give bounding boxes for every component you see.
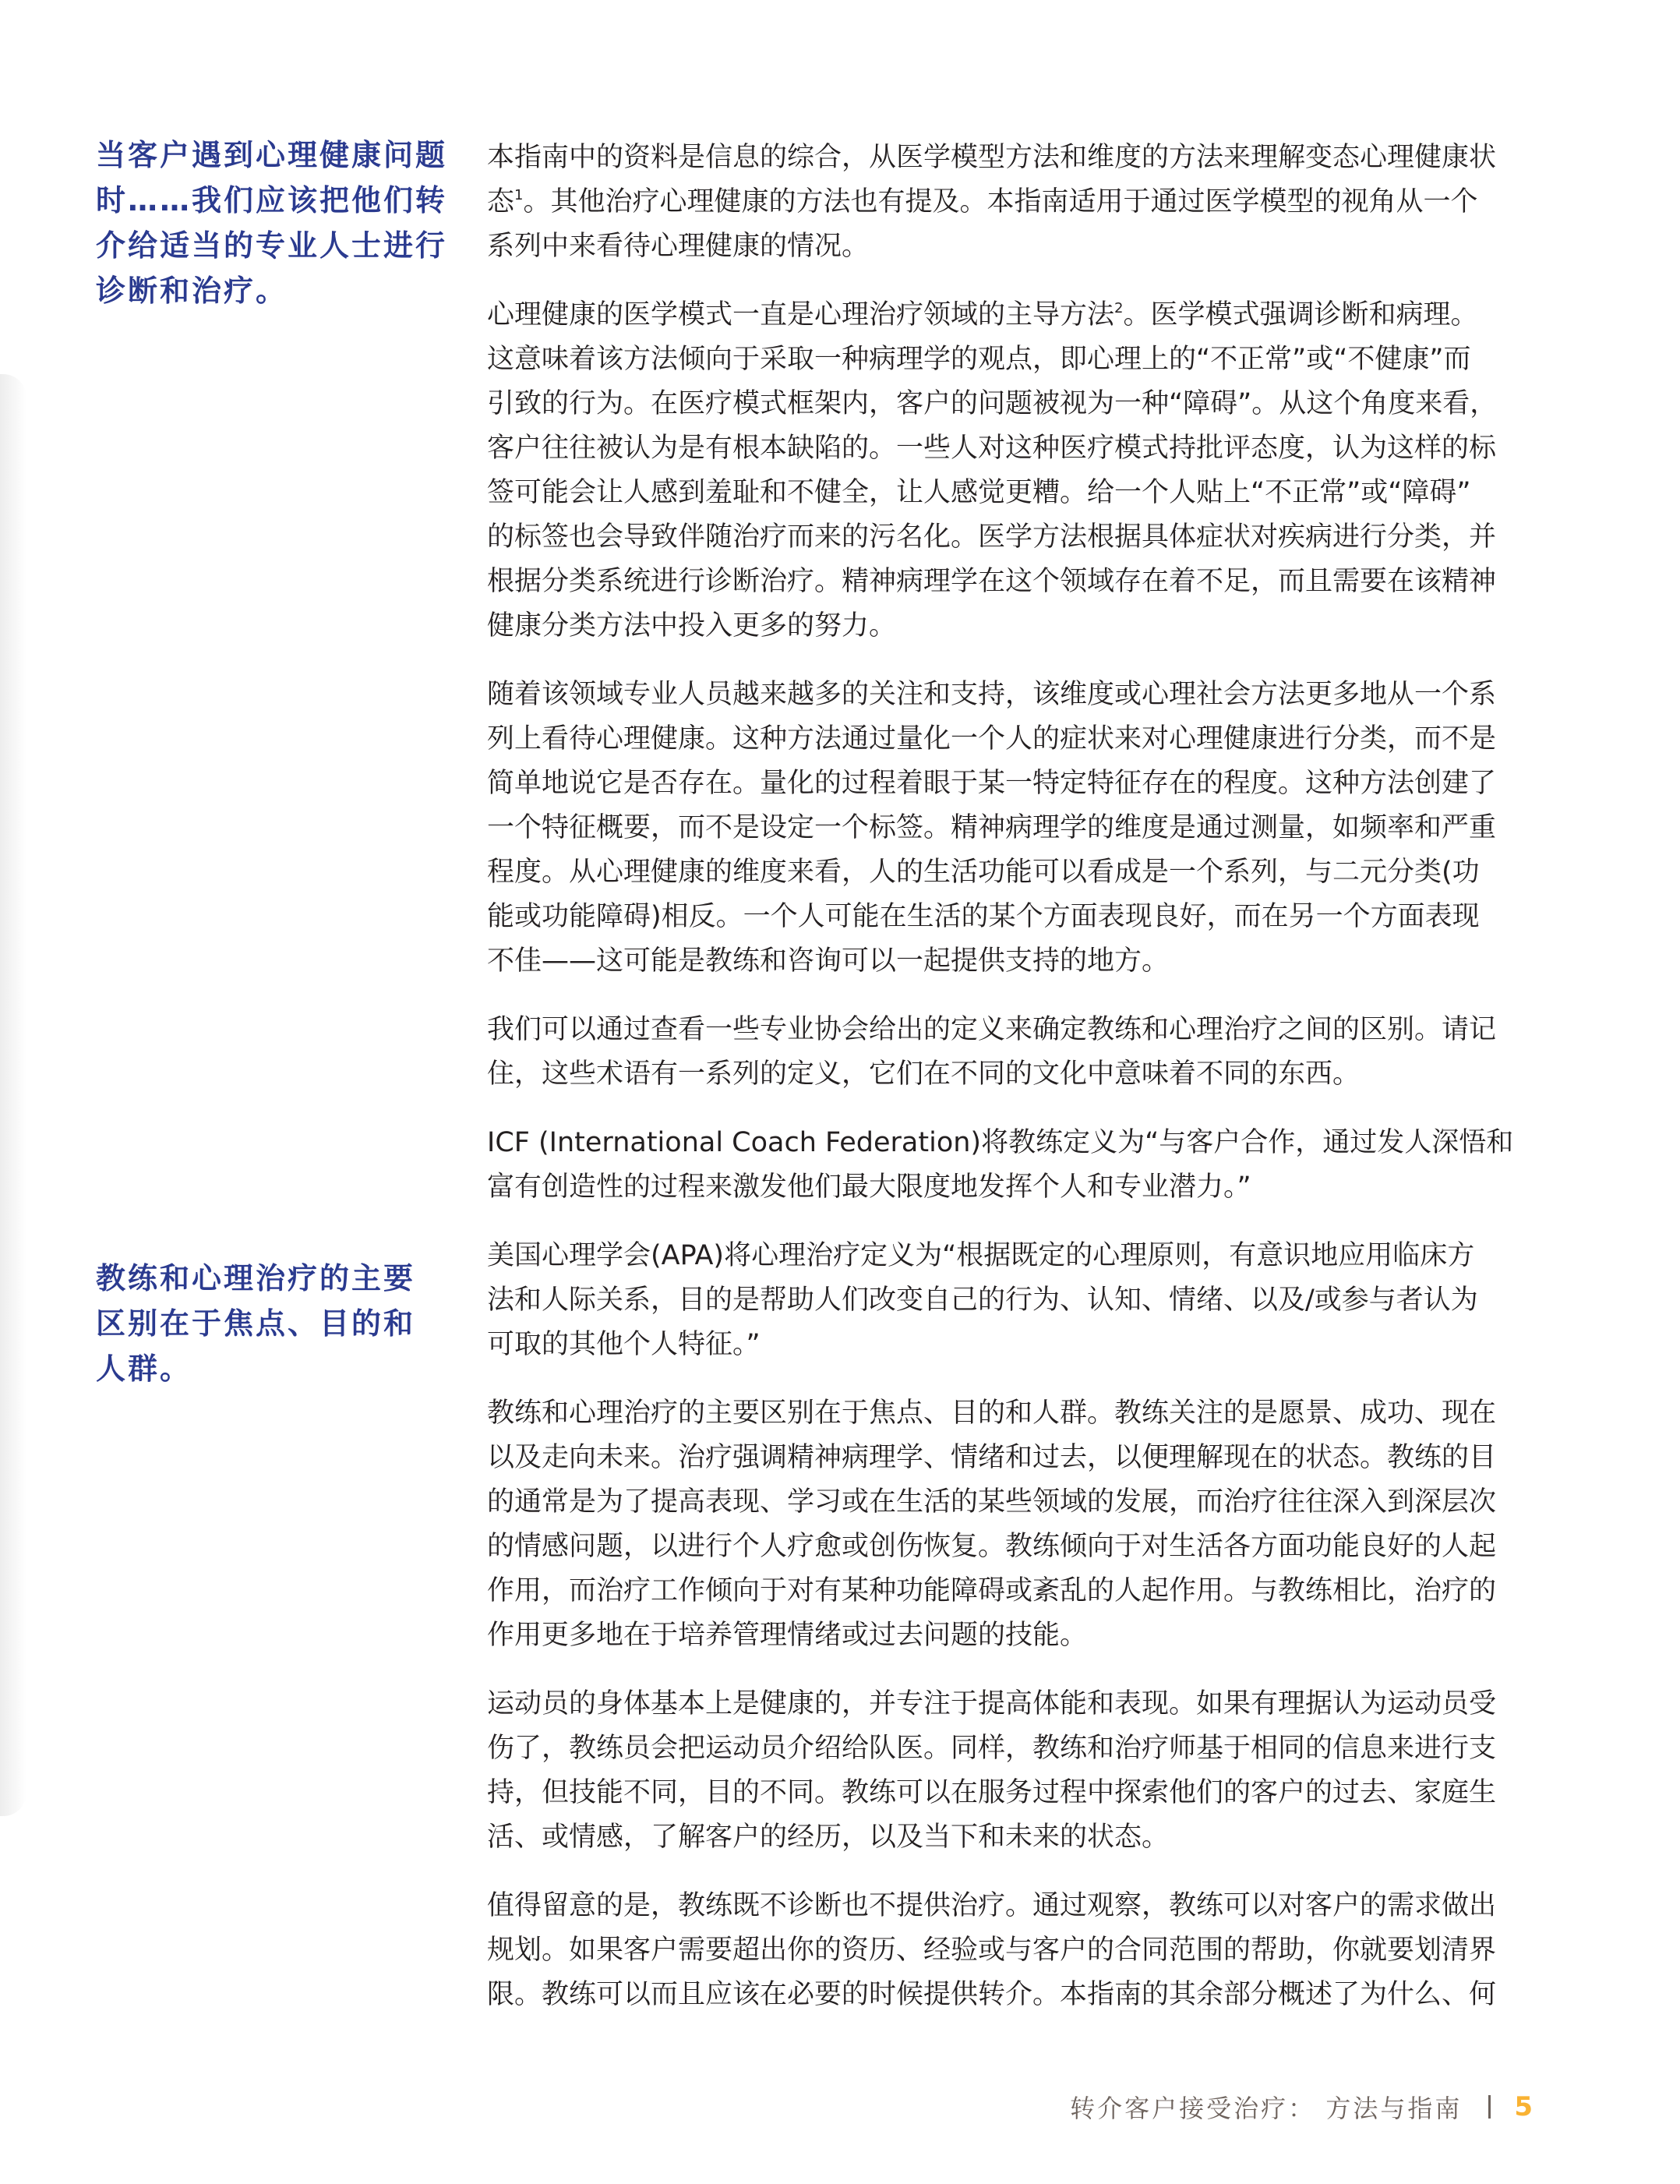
paragraph-intro: 本指南中的资料是信息的综合，从医学模型方法和维度的方法来理解变态心理健康状 态1… <box>487 136 1562 269</box>
text-line: 法和人际关系，目的是帮助人们改变自己的行为、认知、情绪、以及/或参与者认为 <box>487 1278 1562 1323</box>
text-line: 根据分类系统进行诊断治疗。精神病理学在这个领域存在着不足，而且需要在该精神 <box>487 560 1562 604</box>
text-line: 限。教练可以而且应该在必要的时候提供转介。本指南的其余部分概述了为什么、何 <box>487 1973 1562 2017</box>
paragraph-main-differences: 教练和心理治疗的主要区别在于焦点、目的和人群。教练关注的是愿景、成功、现在 以及… <box>487 1391 1562 1658</box>
page-footer: 转介客户接受治疗： 方法与指南 5 <box>1070 2089 1535 2125</box>
text-line: 的通常是为了提高表现、学习或在生活的某些领域的发展，而治疗往往深入到深层次 <box>487 1480 1562 1525</box>
pull-quote-line: 区别在于焦点、目的和 <box>96 1301 454 1346</box>
pull-quote-line: 介给适当的专业人士进行 <box>96 223 454 268</box>
paragraph-dimensional-approach: 随着该领域专业人员越来越多的关注和支持，该维度或心理社会方法更多地从一个系 列上… <box>487 673 1562 984</box>
text-line: 能或功能障碍)相反。一个人可能在生活的某个方面表现良好，而在另一个方面表现 <box>487 895 1562 939</box>
page-number: 5 <box>1514 2091 1535 2122</box>
text-line: 态1。其他治疗心理健康的方法也有提及。本指南适用于通过医学模型的视角从一个 <box>487 180 1562 224</box>
text-line: 程度。从心理健康的维度来看，人的生活功能可以看成是一个系列，与二元分类(功 <box>487 850 1562 895</box>
text-line: 美国心理学会(APA)将心理治疗定义为“根据既定的心理原则，有意识地应用临床方 <box>487 1234 1562 1278</box>
text-line: 引致的行为。在医疗模式框架内，客户的问题被视为一种“障碍”。从这个角度来看， <box>487 382 1562 426</box>
paragraph-medical-model: 心理健康的医学模式一直是心理治疗领域的主导方法2。医学模式强调诊断和病理。 这意… <box>487 293 1562 648</box>
footer-title: 转介客户接受治疗： 方法与指南 <box>1070 2089 1462 2125</box>
pull-quote-referral: 当客户遇到心理健康问题 时……我们应该把他们转 介给适当的专业人士进行 诊断和治… <box>96 133 454 313</box>
pull-quote-line: 当客户遇到心理健康问题 <box>96 133 454 178</box>
body-text-column: 本指南中的资料是信息的综合，从医学模型方法和维度的方法来理解变态心理健康状 态1… <box>487 136 1562 2041</box>
text-line: 我们可以通过查看一些专业协会给出的定义来确定教练和心理治疗之间的区别。请记 <box>487 1008 1562 1052</box>
text-line: 随着该领域专业人员越来越多的关注和支持，该维度或心理社会方法更多地从一个系 <box>487 673 1562 717</box>
pull-quote-line: 教练和心理治疗的主要 <box>96 1256 454 1301</box>
text-line: 教练和心理治疗的主要区别在于焦点、目的和人群。教练关注的是愿景、成功、现在 <box>487 1391 1562 1436</box>
text-line: 这意味着该方法倾向于采取一种病理学的观点，即心理上的“不正常”或“不健康”而 <box>487 337 1562 382</box>
text-line: 系列中来看待心理健康的情况。 <box>487 224 1562 269</box>
text-line: 可取的其他个人特征。” <box>487 1323 1562 1367</box>
pull-quote-line: 诊断和治疗。 <box>96 268 454 313</box>
footnote-ref-1[interactable]: 1 <box>514 187 523 203</box>
text-line: 签可能会让人感到羞耻和不健全，让人感觉更糟。给一个人贴上“不正常”或“障碍” <box>487 471 1562 515</box>
footnote-ref-2[interactable]: 2 <box>1114 300 1123 316</box>
text-line: 本指南中的资料是信息的综合，从医学模型方法和维度的方法来理解变态心理健康状 <box>487 136 1562 180</box>
text-line: 伤了，教练员会把运动员介绍给队医。同样，教练和治疗师基于相同的信息来进行支 <box>487 1726 1562 1771</box>
text-line: 不佳——这可能是教练和咨询可以一起提供支持的地方。 <box>487 939 1562 984</box>
paragraph-athlete-analogy: 运动员的身体基本上是健康的，并专注于提高体能和表现。如果有理据认为运动员受 伤了… <box>487 1682 1562 1860</box>
text-line: 持，但技能不同，目的不同。教练可以在服务过程中探索他们的客户的过去、家庭生 <box>487 1771 1562 1815</box>
text-line: 健康分类方法中投入更多的努力。 <box>487 604 1562 648</box>
pull-quote-line: 人群。 <box>96 1346 454 1391</box>
text-line: 作用更多地在于培养管理情绪或过去问题的技能。 <box>487 1613 1562 1658</box>
text-line: 心理健康的医学模式一直是心理治疗领域的主导方法2。医学模式强调诊断和病理。 <box>487 293 1562 337</box>
pull-quote-differences: 教练和心理治疗的主要 区别在于焦点、目的和 人群。 <box>96 1256 454 1391</box>
text-line: 运动员的身体基本上是健康的，并专注于提高体能和表现。如果有理据认为运动员受 <box>487 1682 1562 1726</box>
text-line: 的标签也会导致伴随治疗而来的污名化。医学方法根据具体症状对疾病进行分类，并 <box>487 515 1562 560</box>
paragraph-boundaries: 值得留意的是，教练既不诊断也不提供治疗。通过观察，教练可以对客户的需求做出 规划… <box>487 1884 1562 2017</box>
page-edge-shadow <box>0 374 26 1816</box>
text-line: ICF (International Coach Federation)将教练定… <box>487 1121 1562 1165</box>
text-line: 住，这些术语有一系列的定义，它们在不同的文化中意味着不同的东西。 <box>487 1052 1562 1097</box>
pull-quote-line: 时……我们应该把他们转 <box>96 178 454 223</box>
paragraph-definitions: 我们可以通过查看一些专业协会给出的定义来确定教练和心理治疗之间的区别。请记 住，… <box>487 1008 1562 1097</box>
text-fragment: 。医学模式强调诊断和病理。 <box>1123 299 1477 330</box>
text-fragment: 。其他治疗心理健康的方法也有提及。本指南适用于通过医学模型的视角从一个 <box>523 186 1477 217</box>
text-line: 值得留意的是，教练既不诊断也不提供治疗。通过观察，教练可以对客户的需求做出 <box>487 1884 1562 1928</box>
text-line: 列上看待心理健康。这种方法通过量化一个人的症状来对心理健康进行分类，而不是 <box>487 717 1562 762</box>
footer-separator <box>1488 2095 1491 2119</box>
paragraph-apa-definition: 美国心理学会(APA)将心理治疗定义为“根据既定的心理原则，有意识地应用临床方 … <box>487 1234 1562 1367</box>
text-line: 一个特征概要，而不是设定一个标签。精神病理学的维度是通过测量，如频率和严重 <box>487 806 1562 850</box>
text-line: 简单地说它是否存在。量化的过程着眼于某一特定特征存在的程度。这种方法创建了 <box>487 762 1562 806</box>
text-line: 规划。如果客户需要超出你的资历、经验或与客户的合同范围的帮助，你就要划清界 <box>487 1928 1562 1973</box>
text-fragment: 心理健康的医学模式一直是心理治疗领域的主导方法 <box>487 299 1114 330</box>
text-line: 富有创造性的过程来激发他们最大限度地发挥个人和专业潜力。” <box>487 1165 1562 1210</box>
text-line: 以及走向未来。治疗强调精神病理学、情绪和过去，以便理解现在的状态。教练的目 <box>487 1436 1562 1480</box>
paragraph-icf-definition: ICF (International Coach Federation)将教练定… <box>487 1121 1562 1210</box>
text-line: 的情感问题，以进行个人疗愈或创伤恢复。教练倾向于对生活各方面功能良好的人起 <box>487 1525 1562 1569</box>
text-line: 客户往往被认为是有根本缺陷的。一些人对这种医疗模式持批评态度，认为这样的标 <box>487 426 1562 471</box>
text-fragment: 态 <box>487 186 514 217</box>
text-line: 活、或情感，了解客户的经历，以及当下和未来的状态。 <box>487 1815 1562 1860</box>
text-line: 作用，而治疗工作倾向于对有某种功能障碍或紊乱的人起作用。与教练相比，治疗的 <box>487 1569 1562 1613</box>
